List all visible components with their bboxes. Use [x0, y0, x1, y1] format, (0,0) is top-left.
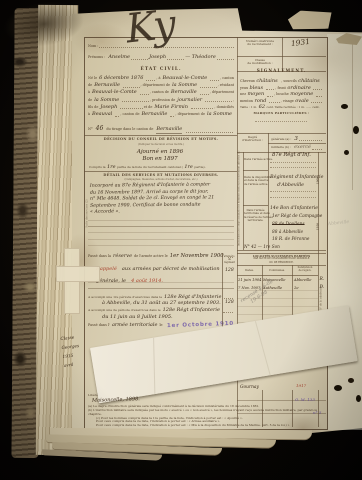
matricule-label: Numéro matricule du recrutement : — [238, 40, 282, 47]
register-photo: Ky Nom : Prénoms : Anselme Joseph — Théo… — [0, 0, 362, 480]
decision-subtitle: (Indiquer la décision et les motifs.) — [86, 144, 236, 147]
dotted-leader — [123, 87, 140, 88]
hand: 1re — [107, 165, 116, 171]
print: , canton — [220, 77, 234, 81]
hand: Marie Firmin — [154, 105, 188, 111]
paper-hole — [348, 378, 354, 383]
classe-label-l2: de mobilisation : — [247, 61, 272, 65]
print: , département de — [141, 84, 171, 88]
table-rule — [237, 275, 318, 276]
nom-line: Nom : — [88, 45, 235, 49]
col-communes: Communes. — [262, 269, 292, 272]
print: A accompli une 2e période d'exercices da… — [88, 309, 161, 313]
hand: Beauval-le-Comte — [92, 90, 137, 96]
hand: Bernaville — [94, 83, 120, 89]
dotted-leader — [267, 96, 273, 97]
print: de — [88, 84, 92, 88]
dotted-leader — [313, 89, 322, 90]
stacked-page-edges — [36, 5, 78, 455]
print: , — [233, 99, 234, 103]
dotted-leader — [146, 80, 155, 81]
dotted-leader — [200, 94, 209, 95]
regiment-col-divider — [222, 253, 223, 335]
print: menton — [240, 100, 253, 104]
ec-line-5: fils deJosephet deMarie Firmin, domicili… — [88, 105, 234, 111]
corps-row-rule — [243, 205, 268, 206]
passe-reserve-line: Passé dans laréservede l'armée active le… — [88, 254, 234, 260]
dotted-leader — [186, 132, 233, 133]
section-rule — [84, 135, 237, 136]
services-line: n° Mle 4648. Soldat de 2e cl. Envoyé en … — [90, 195, 234, 203]
print: , bouche — [274, 93, 289, 97]
libere-hand-value: Maisoncelle, 1898. — [92, 397, 140, 404]
dotted-leader — [122, 101, 149, 102]
print: , à — [156, 77, 160, 81]
hand: 128e Régt d'Infanterie — [163, 308, 220, 314]
print: , canton de — [120, 113, 139, 117]
hand: moyen — [247, 92, 264, 98]
ruled-blank-lines — [88, 276, 234, 294]
print: nez — [240, 93, 246, 97]
loc-n-2: D. — [320, 286, 325, 291]
print: générale (a) : — [271, 138, 291, 141]
dotted-leader — [269, 102, 280, 103]
dotted-leader — [99, 47, 234, 48]
etat-civil-title: ÉTAT CIVIL. — [88, 67, 234, 72]
repair-tape-horizontal — [56, 266, 100, 282]
ec-line-2: deBernaville, département dela Somme, ré… — [88, 83, 234, 89]
print: et de — [144, 106, 153, 110]
bottom-cell-red: 1917 — [296, 384, 306, 388]
services-title: DÉTAIL DES SERVICES ET MUTATIONS DIVERSE… — [86, 174, 236, 178]
dotted-leader — [131, 59, 148, 60]
print: territoriale. — [248, 218, 264, 222]
dotted-leader — [205, 101, 232, 102]
hand: la Somme — [207, 112, 232, 118]
print: à — [88, 91, 90, 95]
section-rule — [84, 171, 237, 172]
instruction-militaire: militaire (b) :exercé — [271, 145, 323, 151]
print: Passé dans la — [88, 255, 111, 259]
dotted-leader — [191, 108, 213, 109]
prenoms-label: Prénoms : — [88, 56, 105, 60]
dotted-leader — [167, 59, 184, 60]
dotted-leader — [270, 197, 316, 198]
print: cent. Taille rectifiée : 1 m. ...... cen… — [267, 106, 320, 109]
dotted-leader — [270, 191, 316, 192]
sheet-edge-line — [352, 40, 353, 190]
corps-row-rule — [243, 170, 268, 171]
ec-line-1: Né le6 décembre 1876, àBeauval-le-Comte,… — [88, 76, 234, 82]
nom-label: Nom : — [88, 45, 98, 49]
box-rule — [237, 56, 326, 57]
print: Cheveux — [240, 80, 255, 84]
dotted-leader — [299, 140, 322, 141]
hand: Bernaville — [142, 112, 168, 118]
section-rule — [237, 133, 326, 134]
print: régiment — [224, 261, 235, 264]
decision-hand-1: Ajourné en 1896 — [110, 149, 210, 155]
dotted-leader — [217, 59, 234, 60]
regiment-number: 128 — [225, 268, 234, 273]
print: Compris la — [89, 166, 106, 169]
print: de l'armée active. — [244, 182, 268, 186]
print: N° — [88, 128, 93, 132]
table-rule — [237, 265, 326, 266]
signalement-title: SIGNALEMENT. — [237, 69, 326, 74]
print: , profession de — [150, 99, 175, 103]
print: de — [88, 99, 92, 103]
ec-line-6: àBeauval, canton deBernaville, départeme… — [88, 112, 234, 118]
loc-n-1: R. — [320, 278, 325, 283]
corps-terr-value-2: 1er Régt de Campagne — [272, 215, 322, 220]
dotted-leader — [316, 96, 322, 97]
instruction-label: Degréd'instruction : — [238, 136, 267, 143]
print: du tirage dans le canton de — [106, 128, 153, 132]
print: à — [88, 113, 90, 117]
print: d'instruction : — [242, 138, 263, 142]
hand: 3 — [294, 136, 298, 142]
corps-terr-side-date: 1910 — [316, 221, 319, 233]
prenoms-value: Joseph — [149, 55, 166, 61]
corps-active-value: 87e Régt d'Inf. — [272, 153, 311, 159]
prenoms-line: Prénoms : Anselme Joseph — Théodore — [88, 55, 235, 61]
dotted-leader — [140, 94, 149, 95]
print: , département — [210, 91, 234, 95]
hand: la Somme — [172, 83, 197, 89]
hand: châtains — [256, 79, 277, 85]
signalement-row-3: nezmoyen, bouchemoyenne — [240, 92, 323, 98]
print: de l'armée active le — [134, 255, 168, 259]
corps-terr-value-3: 88 de Doullens — [272, 223, 305, 228]
print: fils de — [88, 106, 98, 110]
hand: Joseph — [100, 105, 117, 111]
print: Taille : 1 m. — [240, 106, 257, 109]
print: A accompli une 1re période d'exercices d… — [88, 296, 162, 300]
print: Né le — [88, 77, 97, 81]
corps-territoriale-label: Dans l'arméeterritoriale et dansla réser… — [244, 209, 267, 222]
dotted-leader — [223, 312, 233, 313]
rappel-text: aux armées par décret de mobilisation — [122, 266, 220, 272]
compris-line: Compris la1repartie de la liste du recru… — [89, 165, 234, 171]
marques-label: MARQUES PARTICULIÈRES : — [237, 112, 326, 115]
paper-hole — [356, 395, 361, 402]
corps-active-label: Dans l'armée active. — [244, 158, 267, 161]
paper-hole — [334, 385, 342, 391]
print: , front — [275, 87, 286, 91]
dotted-leader — [115, 116, 119, 117]
print: partie de la liste du recrutement canton… — [117, 166, 183, 169]
corps-divider — [268, 152, 269, 250]
dotted-leader — [312, 149, 322, 150]
periode-1-detail: à Abbeville, du 31 août au 27 septembre … — [102, 301, 221, 307]
regiment-col-label: Numérodurégiment — [223, 256, 237, 265]
corps-dispo-label: Dans la disponibilitéet dans la réserved… — [244, 176, 267, 186]
box-divider — [282, 37, 283, 71]
tirage-number: 46 — [96, 126, 104, 133]
footnotes: (a) Le degré d'instruction générale sera… — [88, 405, 324, 428]
paper-hole — [341, 104, 348, 109]
slip-crease — [153, 338, 155, 394]
paper-hole — [353, 126, 359, 134]
dotted-leader — [200, 87, 217, 88]
dotted-leader — [311, 102, 322, 103]
corps-pre-line: N° 42 — 1re Son — [244, 245, 280, 250]
print: yeux — [240, 87, 248, 91]
corps-divider — [243, 152, 244, 250]
print: , département de — [175, 113, 205, 117]
prenoms-value: — Théodore — [185, 55, 216, 61]
hand: Beauval — [92, 112, 112, 118]
matricule-label-l2: du recrutement : — [247, 42, 273, 46]
corps-side-label: Indication des corps auxquels les hommes… — [239, 150, 242, 246]
instruction-generale: générale (a) :3 — [271, 136, 323, 142]
instruction-rule — [268, 143, 326, 144]
decision-hand-2: Bon en 1897 — [110, 156, 210, 162]
right-margin-light — [327, 34, 362, 430]
print: , sourcils — [281, 80, 297, 84]
hand: 1er Novembre 1900. — [170, 254, 226, 260]
tirage-canton: Bernaville — [156, 127, 182, 134]
signalement-row-4: mentonrond, visageovale — [240, 99, 323, 105]
hand: réserve — [113, 254, 132, 260]
periode-2-detail: du 11 juin au 8 Juillet 1905. — [102, 315, 173, 321]
dotted-leader — [270, 167, 316, 168]
print: , résidant — [218, 84, 234, 88]
print: , visage — [281, 100, 294, 104]
hand: 1re — [184, 165, 193, 171]
print: le — [159, 324, 162, 328]
dotted-leader — [224, 298, 233, 299]
services-side-label: Suite des services (2) — [87, 183, 90, 243]
loc-subdiv-2: 2e — [294, 286, 299, 290]
hand: châtains — [298, 79, 319, 85]
corps-terr-value-1: 14e Bon d'Infanterie — [270, 206, 318, 211]
dotted-leader — [255, 121, 307, 122]
hand: 62 — [259, 105, 265, 111]
loc-date-1: 21 juin 1904 — [238, 278, 262, 282]
services-subtitle: (Campagnes, blessures, actions d'éclat, … — [86, 179, 236, 182]
localites-header-3: OU DE RÉSIDENCE. — [237, 262, 326, 265]
col-subdivision: Subdivisionde région. — [292, 267, 318, 273]
corps-dispo-value-2: d'Abbeville — [277, 183, 304, 188]
print: Passé dans l' — [88, 324, 110, 328]
section-rule — [237, 250, 326, 251]
hand: 6 décembre 1876 — [99, 76, 143, 82]
periode-2-line: A accompli une 2e période d'exercices da… — [88, 308, 234, 314]
print: de région. — [299, 269, 312, 272]
dotted-leader — [120, 108, 142, 109]
ruled-blank-lines — [88, 214, 234, 252]
col-dates: Dates. — [237, 269, 262, 272]
taille-row: Taille : 1 m.62cent. Taille rectifiée : … — [240, 105, 323, 111]
print: , canton de — [150, 91, 169, 95]
bottom-cell-hand: Gournay — [240, 386, 259, 391]
print: , domiciliés — [214, 106, 234, 110]
services-handwriting: Incorporé au 87e Régiment d'Infanterie à… — [90, 182, 234, 216]
dotted-leader — [266, 89, 275, 90]
torn-fragment — [287, 8, 332, 31]
dotted-leader — [210, 80, 219, 81]
corps-terr-value-4: 88 à Abbeville — [272, 231, 303, 236]
corps-dispo-side-date: 1900 — [316, 175, 319, 187]
hand: exercé — [294, 145, 311, 151]
slip-crease — [255, 321, 271, 375]
print: militaire (b) : — [271, 146, 291, 149]
decision-title: DÉCISION DU CONSEIL DE RÉVISION ET MOTIF… — [86, 138, 236, 142]
tirage-line: N°46du tirage dans le canton deBernavill… — [88, 126, 234, 134]
regiment-number: 128 — [225, 300, 234, 305]
hand: journalier — [177, 98, 202, 104]
hand: ovale — [295, 99, 308, 105]
classe-mobilisation-label: Classe de mobilisation : — [238, 59, 282, 66]
ec-line-3: àBeauval-le-Comte, canton deBernaville, … — [88, 90, 234, 96]
ec-line-4: dela Somme, profession dejournalier, — [88, 98, 234, 104]
print: partie). — [194, 166, 205, 169]
paper-hole — [344, 150, 349, 155]
hand: Beauval-le-Comte — [163, 76, 208, 82]
hand: moyenne — [290, 92, 313, 98]
dotted-leader — [270, 162, 316, 163]
signalement-row-1: Cheveuxchâtains, sourcilschâtains — [240, 79, 323, 85]
corps-terr-value-5: 18 R. de Péronne — [272, 238, 309, 243]
hand: la Somme — [94, 98, 119, 104]
bottom-cell-purple: O. M. 133 — [295, 398, 315, 402]
hand: armée territoriale — [112, 323, 158, 329]
dotted-leader — [170, 116, 174, 117]
hand: Bernaville — [171, 90, 197, 96]
prenoms-value: Anselme — [108, 55, 130, 61]
loc-subdiv-1: Abbeville — [294, 278, 311, 282]
